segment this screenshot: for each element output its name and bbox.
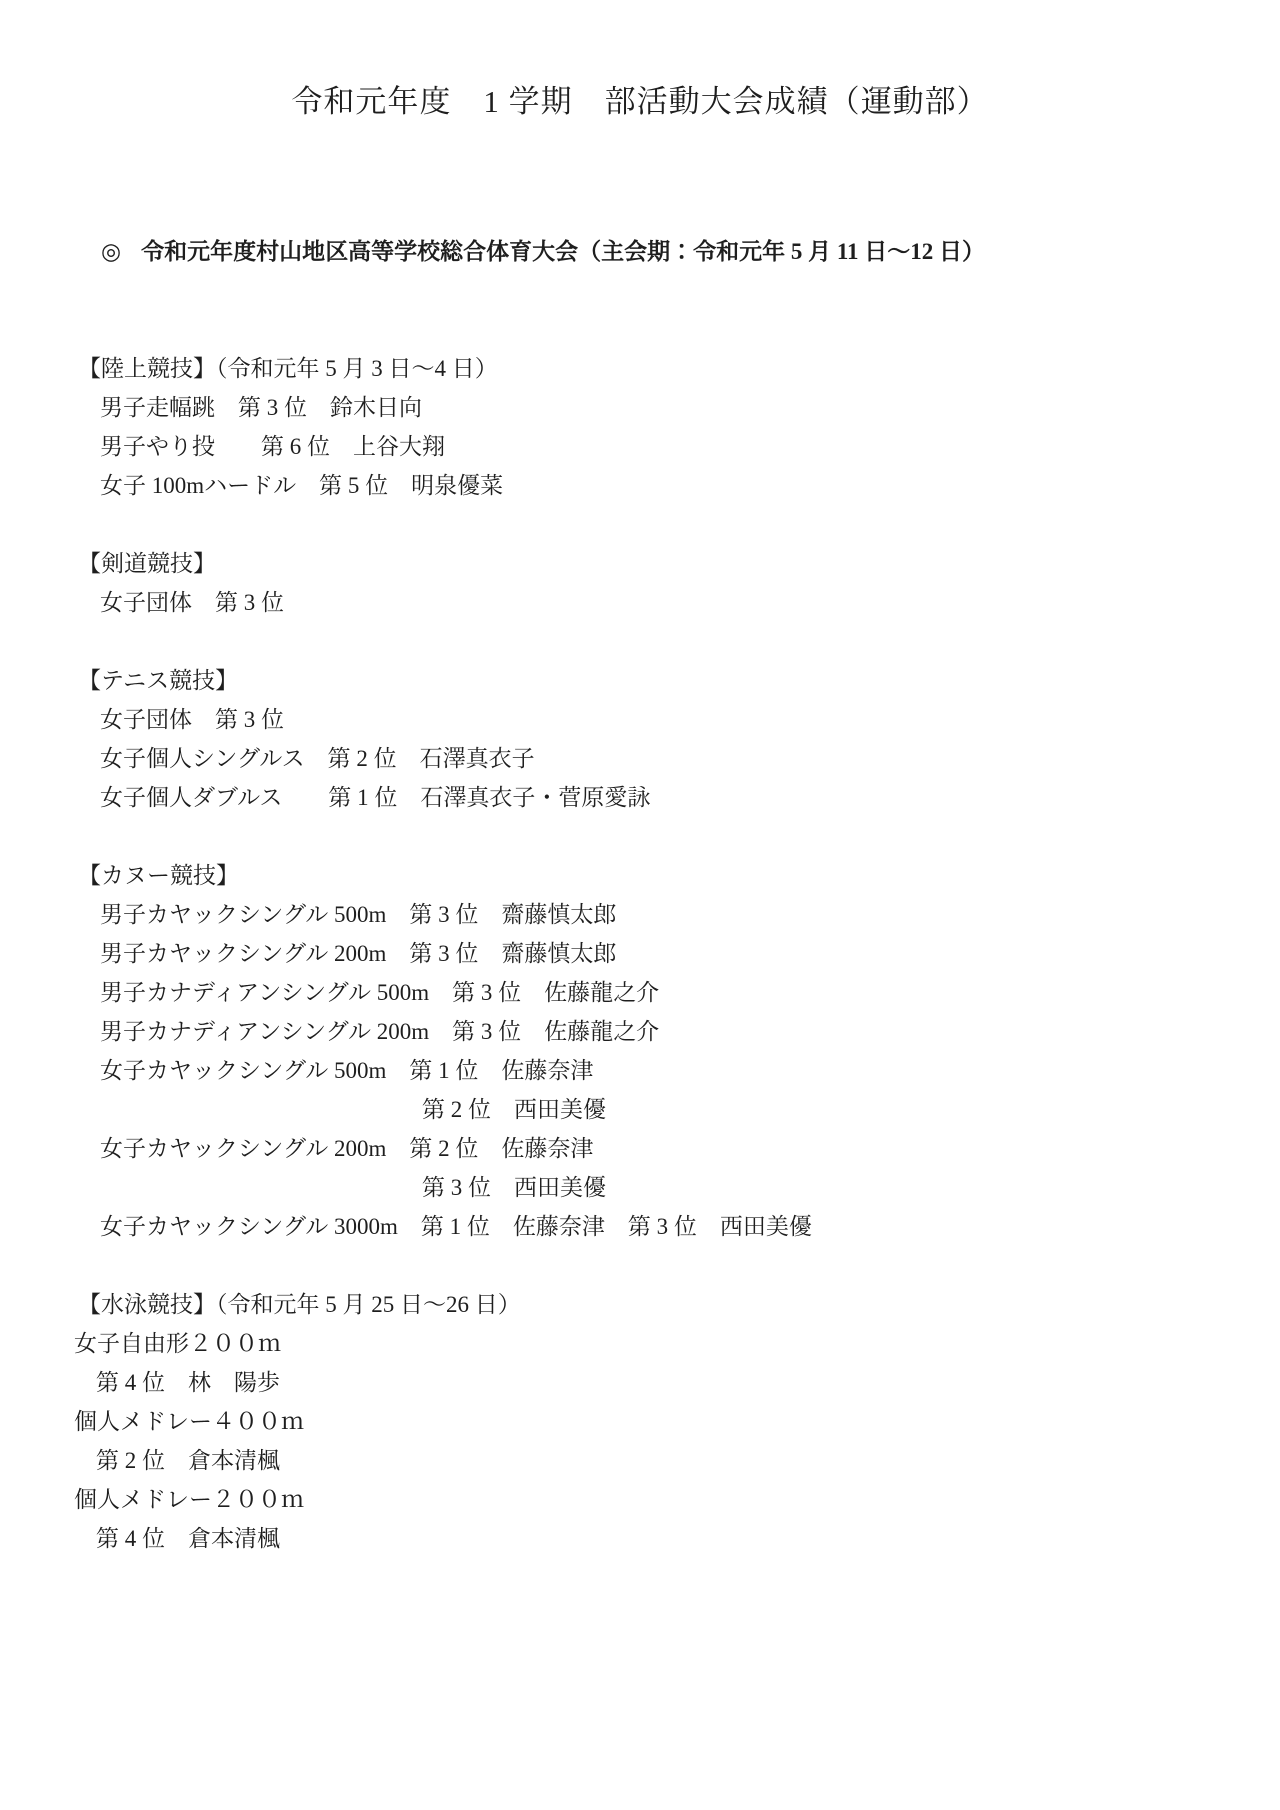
section-header: 【カヌー競技】 xyxy=(78,856,1208,895)
result-line-continuation: 第 3 位 西田美優 xyxy=(422,1168,1208,1207)
page-title: 令和元年度 1 学期 部活動大会成績（運動部） xyxy=(72,80,1208,124)
section-kendo: 【剣道競技】 女子団体 第 3 位 xyxy=(72,544,1208,622)
rank-line: 第 2 位 倉本清楓 xyxy=(96,1441,1208,1480)
result-line: 女子カヤックシングル 3000m 第 1 位 佐藤奈津 第 3 位 西田美優 xyxy=(100,1207,1208,1246)
event-line: 女子自由形２００ｍ xyxy=(74,1324,1208,1363)
event-line: 個人メドレー４００ｍ xyxy=(74,1402,1208,1441)
rank-line: 第 4 位 倉本清楓 xyxy=(96,1519,1208,1558)
section-header: 【テニス競技】 xyxy=(78,661,1208,700)
double-circle-marker: ◎ xyxy=(101,232,121,271)
result-line-continuation: 第 2 位 西田美優 xyxy=(422,1090,1208,1129)
section-header: 【水泳競技】（令和元年 5 月 25 日～26 日） xyxy=(78,1285,1208,1324)
section-header: 【陸上競技】（令和元年 5 月 3 日～4 日） xyxy=(78,349,1208,388)
section-header: 【剣道競技】 xyxy=(78,544,1208,583)
result-line: 男子カナディアンシングル 500m 第 3 位 佐藤龍之介 xyxy=(100,973,1208,1012)
result-line: 男子やり投 第 6 位 上谷大翔 xyxy=(100,427,1208,466)
section-tennis: 【テニス競技】 女子団体 第 3 位 女子個人シングルス 第 2 位 石澤真衣子… xyxy=(72,661,1208,817)
result-line: 女子団体 第 3 位 xyxy=(100,700,1208,739)
section-swimming: 【水泳競技】（令和元年 5 月 25 日～26 日） 女子自由形２００ｍ 第 4… xyxy=(72,1285,1208,1558)
result-line: 女子個人シングルス 第 2 位 石澤真衣子 xyxy=(100,739,1208,778)
section-canoe: 【カヌー競技】 男子カヤックシングル 500m 第 3 位 齋藤慎太郎 男子カヤ… xyxy=(72,856,1208,1246)
tournament-heading-text: 令和元年度村山地区高等学校総合体育大会（主会期：令和元年 5 月 11 日～12… xyxy=(141,239,985,264)
document-page: 令和元年度 1 学期 部活動大会成績（運動部） ◎令和元年度村山地区高等学校総合… xyxy=(0,0,1280,1810)
result-line: 男子カヤックシングル 200m 第 3 位 齋藤慎太郎 xyxy=(100,934,1208,973)
result-line: 男子カナディアンシングル 200m 第 3 位 佐藤龍之介 xyxy=(100,1012,1208,1051)
result-line: 女子カヤックシングル 200m 第 2 位 佐藤奈津 xyxy=(100,1129,1208,1168)
result-line: 男子カヤックシングル 500m 第 3 位 齋藤慎太郎 xyxy=(100,895,1208,934)
result-line: 女子 100mハードル 第 5 位 明泉優菜 xyxy=(100,466,1208,505)
event-line: 個人メドレー２００ｍ xyxy=(74,1480,1208,1519)
result-line: 男子走幅跳 第 3 位 鈴木日向 xyxy=(100,388,1208,427)
result-line: 女子団体 第 3 位 xyxy=(100,583,1208,622)
result-line: 女子カヤックシングル 500m 第 1 位 佐藤奈津 xyxy=(100,1051,1208,1090)
section-athletics: 【陸上競技】（令和元年 5 月 3 日～4 日） 男子走幅跳 第 3 位 鈴木日… xyxy=(72,349,1208,505)
tournament-heading: ◎令和元年度村山地区高等学校総合体育大会（主会期：令和元年 5 月 11 日～1… xyxy=(72,193,1208,310)
rank-line: 第 4 位 林 陽歩 xyxy=(96,1363,1208,1402)
result-line: 女子個人ダブルス 第 1 位 石澤真衣子・菅原愛詠 xyxy=(100,778,1208,817)
